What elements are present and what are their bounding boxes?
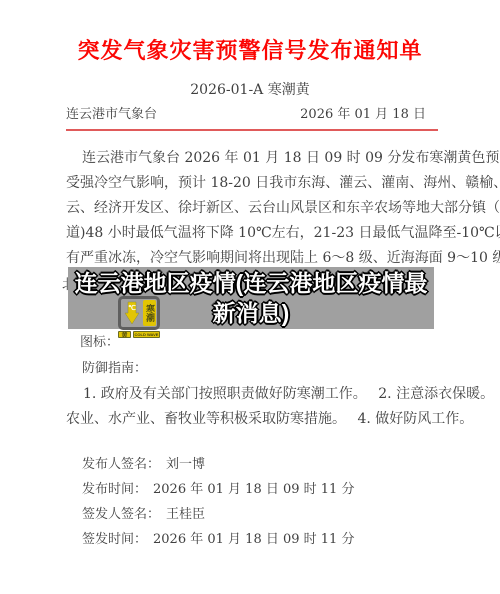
body-line: 云、经济开发区、徐圩新区、云台山风景区和东辛农场等地大部分镇（街 [66,196,466,221]
level-badge: 黄 [118,331,131,338]
warning-level-strip: 黄 COLD WAVE [118,331,160,338]
publisher-signature-row: 发布人签名：刘一博 [82,452,354,477]
publish-time-row: 发布时间：2026 年 01 月 18 日 09 时 11 分 [82,477,354,502]
meta-row: 连云港市气象台 2026 年 01 月 18 日 [66,103,426,122]
publish-time-value: 2026 年 01 月 18 日 09 时 11 分 [153,482,354,497]
issue-date: 2026 年 01 月 18 日 [300,103,426,122]
cold-wave-icon-frame: ℃ 寒潮 [118,296,160,330]
cold-wave-warning-icon: ℃ 寒潮 黄 COLD WAVE [118,296,160,338]
phenomenon-label: 寒潮 [143,300,156,326]
warning-notice-document: 突发气象灾害预警信号发布通知单 2026-01-A 寒潮黄 连云港市气象台 20… [0,0,500,594]
guide-line: 1. 政府及有关部门按照职责做好防寒潮工作。 2. 注意添衣保暖。 3. [66,382,466,407]
issuer-signature-row: 签发人签名：王桂臣 [82,502,354,527]
issue-time-row: 签发时间：2026 年 01 月 18 日 09 时 11 分 [82,527,354,552]
publisher-signature-value: 刘一博 [166,457,205,472]
issue-time-label: 签发时间： [82,532,147,547]
publisher-signature-label: 发布人签名： [82,457,160,472]
body-line: 道)48 小时最低气温将下降 10℃左右，21-23 日最低气温降至-10℃以下… [66,221,466,246]
signature-block: 发布人签名：刘一博 发布时间：2026 年 01 月 18 日 09 时 11 … [82,452,354,552]
notice-number: 2026-01-A 寒潮黄 [0,79,500,99]
defense-guide-heading: 防御指南： [82,357,147,376]
defense-guide: 1. 政府及有关部门按照职责做好防寒潮工作。 2. 注意添衣保暖。 3. 农业、… [66,382,466,432]
body-line: 受强冷空气影响，预计 18-20 日我市东海、灌云、灌南、海州、赣榆、连 [66,171,466,196]
overlay-caption-line1: 连云港地区疫情(连云港地区疫情最 [68,268,434,298]
header-divider [66,129,438,131]
publish-time-label: 发布时间： [82,482,147,497]
issue-time-value: 2026 年 01 月 18 日 09 时 11 分 [153,532,354,547]
svg-text:℃: ℃ [128,304,136,312]
body-line: 连云港市气象台 2026 年 01 月 18 日 09 时 09 分发布寒潮黄色… [66,146,466,171]
guide-line: 农业、水产业、畜牧业等积极采取防寒措施。 4. 做好防风工作。 [66,407,466,432]
temperature-down-arrow-icon: ℃ [121,299,142,327]
issuer-signature-label: 签发人签名： [82,507,160,522]
page-title: 突发气象灾害预警信号发布通知单 [0,34,500,65]
notice-body: 连云港市气象台 2026 年 01 月 18 日 09 时 09 分发布寒潮黄色… [66,146,466,271]
level-badge-en: COLD WAVE [133,331,160,338]
icon-label: 图标： [80,331,119,350]
issuer-signature-value: 王桂臣 [166,507,205,522]
issuing-agency: 连云港市气象台 [66,103,157,122]
